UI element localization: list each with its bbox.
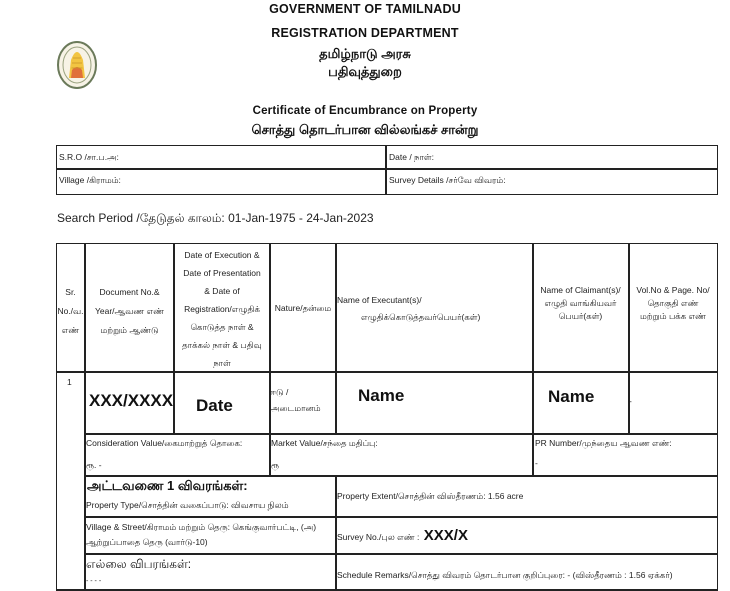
government-title: GOVERNMENT OF TAMILNADU bbox=[0, 2, 730, 16]
schedule-title: அட்டவணை 1 விவரங்கள்: bbox=[87, 478, 248, 495]
search-period: Search Period /தேடுதல் காலம்: 01-Jan-197… bbox=[57, 211, 374, 227]
row-sr-no: 1 bbox=[67, 377, 72, 387]
boundary-value: - - - - bbox=[86, 578, 101, 585]
row-document-no: XXX/XXXX bbox=[89, 391, 173, 411]
search-period-to: 24-Jan-2023 bbox=[306, 211, 373, 225]
header-executant: Name of Executant(s)/ எழுதிக்கொடுத்தவர்ப… bbox=[337, 292, 532, 326]
survey-details-field: Survey Details /சர்வே விவரம்: bbox=[389, 175, 506, 187]
date-field: Date / நாள்: bbox=[389, 152, 434, 164]
row-claimant-name: Name bbox=[548, 387, 594, 407]
schedule-remarks: Schedule Remarks/சொத்து விவரம் தொடர்பான … bbox=[337, 570, 673, 582]
village-field: Village /கிராமம்: bbox=[59, 175, 121, 187]
header-dates: Date of Execution &Date of Presentation&… bbox=[175, 246, 269, 372]
pr-number-value: - bbox=[535, 458, 538, 468]
boundary-title: எல்லை விபரங்கள்: bbox=[86, 557, 191, 573]
survey-no-label: Survey No./புல எண் : bbox=[337, 532, 419, 542]
search-period-from: 01-Jan-1975 bbox=[228, 211, 295, 225]
survey-no-value: XXX/X bbox=[424, 527, 468, 544]
government-title-tamil: தமிழ்நாடு அரசு bbox=[0, 46, 730, 63]
certificate-title: Certificate of Encumbrance on Property bbox=[0, 105, 730, 117]
header-claimant: Name of Claimant(s)/எழுதி வாங்கியவர்பெயர… bbox=[533, 284, 628, 323]
department-title: REGISTRATION DEPARTMENT bbox=[0, 26, 730, 40]
department-title-tamil: பதிவுத்துறை bbox=[0, 64, 730, 81]
consideration-value-label: Consideration Value/கைமாற்றுத் தொகை: bbox=[86, 438, 242, 450]
row-nature: ஈடு /அடைமானம் bbox=[270, 384, 321, 416]
survey-no: Survey No./புல எண் : XXX/X bbox=[337, 527, 468, 545]
market-value-label: Market Value/சந்தை மதிப்பு: bbox=[271, 438, 378, 450]
property-extent: Property Extent/சொத்தின் விஸ்தீரணம்: 1.5… bbox=[337, 491, 523, 503]
row-executant-name: Name bbox=[358, 386, 404, 406]
consideration-value: ரூ. - bbox=[86, 460, 102, 472]
header-nature: Nature/தன்மை bbox=[271, 299, 335, 318]
market-value: ரூ bbox=[271, 460, 279, 472]
header-sr-no: Sr.No./வ.எண் bbox=[57, 283, 84, 340]
header-vol-page: Vol.No & Page. No/தொகுதி எண்மற்றும் பக்க… bbox=[629, 284, 717, 323]
row-date: Date bbox=[196, 396, 233, 416]
header-document-no: Document No.&Year/ஆவண எண்மற்றும் ஆண்டு bbox=[86, 283, 173, 340]
search-period-label: Search Period /தேடுதல் காலம்: bbox=[57, 211, 225, 225]
sro-field: S.R.O /சா.ப.அ: bbox=[59, 152, 119, 164]
pr-number-label: PR Number/முந்தைய ஆவண எண்: bbox=[535, 438, 672, 450]
certificate-title-tamil: சொத்து தொடர்பான வில்லங்கச் சான்று bbox=[0, 122, 730, 139]
row-vol-page: - bbox=[629, 396, 632, 406]
info-box bbox=[56, 145, 718, 195]
village-street: Village & Street/கிராமம் மற்றும் தெரு: க… bbox=[86, 520, 316, 550]
property-type: Property Type/சொத்தின் வகைப்பாடு: விவசாய… bbox=[86, 500, 289, 512]
